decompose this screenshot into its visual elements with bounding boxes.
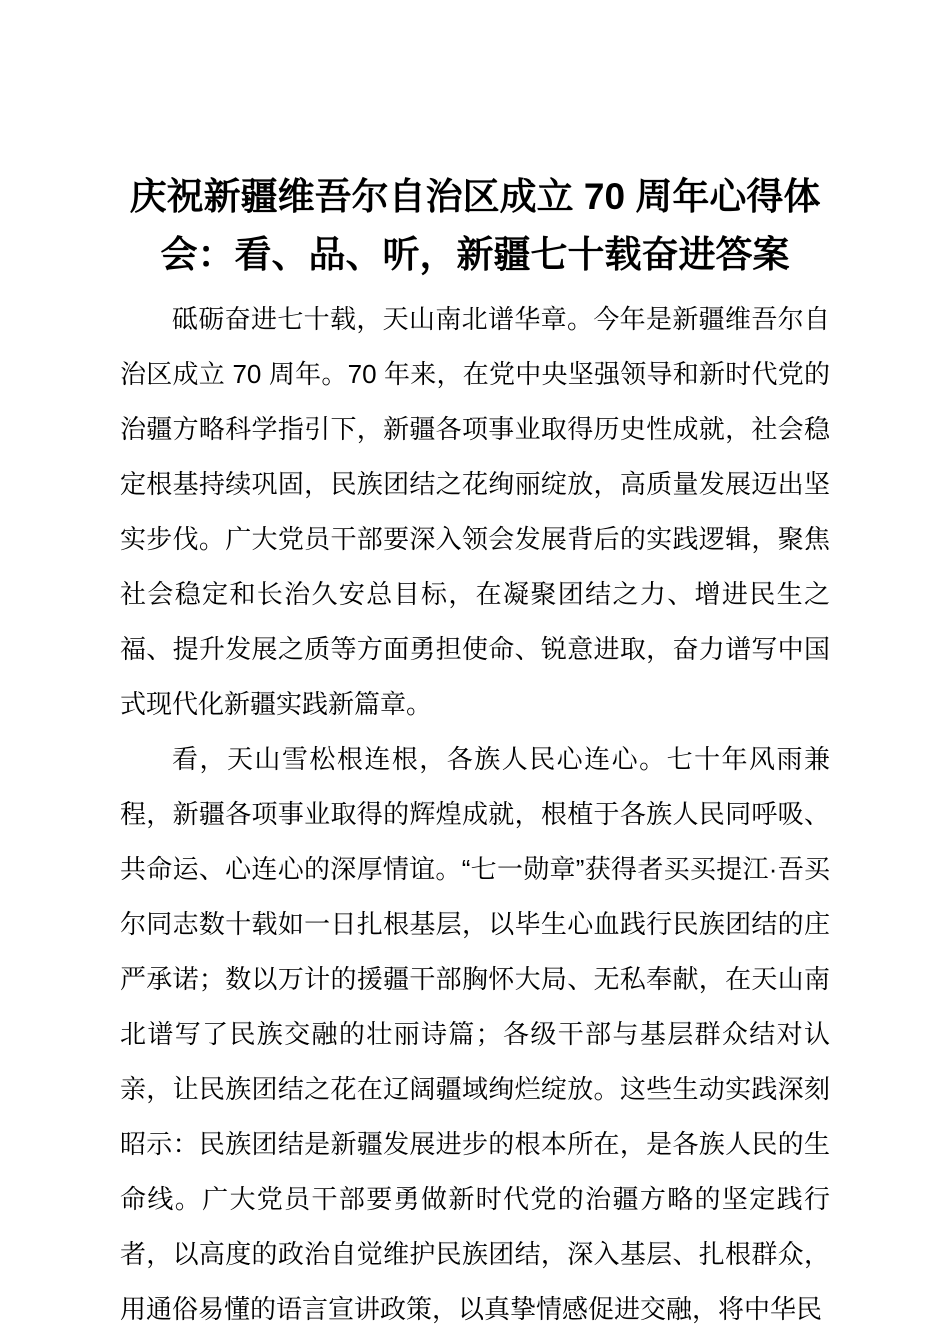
document-title: 庆祝新疆维吾尔自治区成立 70 周年心得体会：看、品、听，新疆七十载奋进答案 xyxy=(120,168,830,284)
paragraph-2: 看，天山雪松根连根，各族人民心连心。七十年风雨兼程，新疆各项事业取得的辉煌成就，… xyxy=(120,732,830,1337)
paragraph-1: 砥砺奋进七十载，天山南北谱华章。今年是新疆维吾尔自治区成立 70 周年。70 年… xyxy=(120,292,830,732)
document-page: 庆祝新疆维吾尔自治区成立 70 周年心得体会：看、品、听，新疆七十载奋进答案 砥… xyxy=(0,0,950,1344)
